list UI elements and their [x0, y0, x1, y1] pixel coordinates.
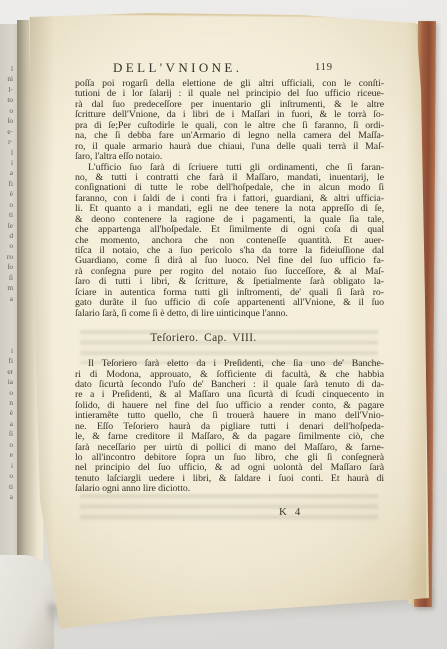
facing-page-fragment: i: [0, 346, 13, 356]
book-photo: ìnil·tooſoe·r·ſiafièotiſedoroſoſimaifier…: [0, 0, 447, 649]
facing-page-fragment: ro: [0, 252, 13, 262]
facing-page-fragment: o: [0, 440, 13, 450]
facing-page-fragment: fi: [0, 179, 13, 189]
signature-mark: K 4: [279, 506, 300, 518]
showthrough-band: [80, 494, 378, 522]
facing-page-fragment: o: [0, 106, 13, 116]
book-page: DELL'VNIONE. 119 poſſa poi rogarſi della…: [0, 0, 447, 649]
facing-page-fragment: ſo: [0, 262, 13, 272]
facing-page-fragment: o: [0, 388, 13, 398]
page-top-edge: [28, 11, 420, 18]
facing-page-fragment: ti: [0, 210, 13, 220]
facing-page-fragment: l·: [0, 85, 13, 95]
chapter-heading: Teſoriero. Cap. VIII.: [49, 333, 358, 346]
facing-page-fragment: [0, 502, 13, 512]
facing-page-fragment: ſ: [0, 148, 13, 158]
text-block: poſſa poi rogarſi della elettione de gli…: [75, 79, 384, 495]
facing-page-curl: [0, 555, 54, 649]
facing-page-fragment: i: [0, 158, 13, 168]
text-line: che appartenga all'hoſpedale. Et ſimilme…: [75, 225, 384, 235]
facing-page-fragment: a: [0, 294, 13, 304]
facing-page-fragment: i: [0, 461, 13, 471]
facing-page-fragment: [0, 325, 13, 335]
facing-page-fragment: m: [0, 283, 13, 293]
page-number: 119: [315, 62, 333, 73]
facing-page-fragment: ì: [0, 64, 13, 74]
text-line: le, & farne creditore il Maſſaro, & da p…: [75, 432, 384, 442]
facing-page-fragment: ia: [0, 377, 13, 387]
facing-page-fragment: a: [0, 492, 13, 502]
facing-page-fragment: e: [0, 450, 13, 460]
facing-page-fragment: è: [0, 408, 13, 418]
facing-page-fragment: a: [0, 168, 13, 178]
facing-page-text-fragments: ìnil·tooſoe·r·ſiafièotiſedoroſoſimaifier…: [0, 64, 13, 513]
facing-page-fragment: ſi: [0, 429, 13, 439]
facing-page-fragment: e·: [0, 127, 13, 137]
facing-page-fragment: to: [0, 95, 13, 105]
facing-page-fragment: ſo: [0, 116, 13, 126]
facing-page-fragment: er: [0, 367, 13, 377]
facing-page-fragment: d: [0, 231, 13, 241]
facing-page-fragment: ni: [0, 74, 13, 84]
facing-page-fragment: ſe: [0, 221, 13, 231]
text-line: ſaro, l'altra eſſo notaio.: [75, 152, 384, 162]
facing-page-fragment: [0, 335, 13, 345]
facing-page-fragment: n: [0, 398, 13, 408]
facing-page-fragment: a: [0, 419, 13, 429]
facing-page-fragment: è: [0, 189, 13, 199]
facing-page-fragment: [0, 304, 13, 314]
facing-page-fragment: fi: [0, 356, 13, 366]
text-line: Il Teſoriero ſarà eletto da i Preſidenti…: [75, 359, 384, 369]
facing-page-fragment: o: [0, 241, 13, 251]
running-head: DELL'VNIONE.: [113, 60, 242, 76]
text-line: ſalario ogni anno lire diciotto.: [75, 484, 384, 494]
facing-page-fragment: o: [0, 200, 13, 210]
facing-page-fragment: o: [0, 471, 13, 481]
facing-page-fragment: ſi: [0, 273, 13, 283]
facing-page-fragment: r·: [0, 137, 13, 147]
text-line: ſalario ſarà, ſi come ſi è detto, di lir…: [75, 309, 384, 319]
facing-page-fragment: ti: [0, 482, 13, 492]
facing-page-fragment: [0, 315, 13, 325]
